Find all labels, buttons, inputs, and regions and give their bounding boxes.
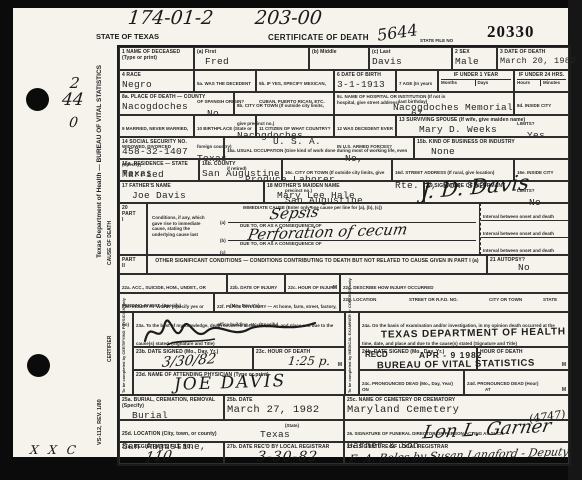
field-race-value: Negro <box>122 79 191 90</box>
field-22g: 22g. LOCATION STREET OR R.F.D. NO. CITY … <box>340 293 569 312</box>
field-father-label: 17 FATHER'S NAME <box>122 183 261 189</box>
cause-of-death-area: IMMEDIATE CAUSE (Enter only one cause pe… <box>147 203 480 255</box>
field-mother-label: 18 MOTHER'S MAIDEN NAME <box>267 183 421 189</box>
field-industry: 15b. KIND OF BUSINESS OR INDUSTRY None <box>414 137 569 159</box>
field-autopsy: 21 AUTOPSY? No <box>487 255 569 274</box>
field-last-value: Davis <box>372 56 449 67</box>
field-23b: 23b. DATE SIGNED (Mo., Day, Yr.) 3/30/82 <box>133 347 253 370</box>
field-24c-label: 24c. PRONOUNCED DEAD (Mo., Day, Year) <box>362 381 453 386</box>
field-25d: 25d. LOCATION (City, town, or county) (S… <box>119 420 344 442</box>
field-armed-forces: 12 WAS DECEDENT EVER IN U.S. ARMED FORCE… <box>334 115 396 137</box>
field-race-label: 4 RACE <box>122 72 191 78</box>
field-23c: 23c. HOUR OF DEATH 1:25 p. M <box>253 347 345 370</box>
part2-roman: II <box>122 263 144 269</box>
part1-roman: I <box>122 217 144 223</box>
field-dod-label: 3 DATE OF DEATH <box>500 49 566 55</box>
field-27a-value: 110 <box>144 448 174 466</box>
cause-of-death-vertical-label: CAUSE OF DEATH <box>107 203 113 265</box>
field-last-label: (c) Last <box>372 49 449 55</box>
field-25c-label: 25c. NAME OF CEMETERY OR CREMATORY <box>347 397 566 403</box>
field-middle-label: (b) Middle <box>312 49 366 55</box>
line-a-marker: (a) <box>220 220 226 225</box>
certificate-form: 1 NAME OF DECEASED (Type or print) (a) F… <box>117 45 571 466</box>
field-22d-label: 22d. DESCRIBE HOW INJURY OCCURRED <box>343 285 434 290</box>
part-two-column: PART II <box>119 255 147 274</box>
field-25d-label: 25d. LOCATION (City, town, or county) <box>122 431 217 437</box>
interval-label-a: Interval between onset and death <box>483 214 554 219</box>
hour-of-death-label: HOUR OF DEATH <box>480 349 566 355</box>
interval-label-c: Interval between onset and death <box>483 248 554 253</box>
field-hospital: 8c. NAME OF HOSPITAL OR INSTITUTION (If … <box>334 92 514 115</box>
certifying-physician-strip: To be completed by CERTIFYING PHYSICIAN … <box>119 312 133 395</box>
hole-punch-top <box>26 88 49 111</box>
field-middle-name: (b) Middle <box>309 47 369 70</box>
other-conditions: OTHER SIGNIFICANT CONDITIONS — CONDITION… <box>147 255 487 274</box>
field-res-county-value: San Augustine <box>202 168 279 179</box>
field-inside-city-limits: 8d. INSIDE CITY LIMITS? Yes <box>514 92 569 115</box>
field-marital-status: 9 MARRIED, NEVER MARRIED, WIDOWED, DIVOR… <box>119 115 194 137</box>
field-father-value: Joe Davis <box>132 190 261 201</box>
field-first-label: (a) First <box>197 49 306 55</box>
field-citizen-label: 11 CITIZEN OF WHAT COUNTRY? <box>259 126 331 131</box>
field-spanish-specify: 5b. IF YES, SPECIFY MEXICAN, CUBAN, PUER… <box>256 70 334 92</box>
field-mother-value: Mary Lee Hale <box>277 190 421 201</box>
field-24c: 24c. PRONOUNCED DEAD (Mo., Day, Year) ON <box>359 370 464 395</box>
field-father: 17 FATHER'S NAME Joe Davis <box>119 181 264 203</box>
field-spanish-origin: 5a. WAS THE DECEDENT OF SPANISH ORIGIN? … <box>194 70 256 92</box>
field-24d-label: 24d. PRONOUNCED DEAD (Hour) <box>467 381 539 386</box>
field-citizen: 11 CITIZEN OF WHAT COUNTRY? U. S. A. <box>256 115 334 137</box>
field-24c-on-label: ON <box>362 387 369 393</box>
field-age: 7 AGE (In years last birthday) 67 <box>396 70 438 92</box>
field-ssn: 14 SOCIAL SECURITY NO. 458-32-1407 <box>119 137 224 159</box>
field-name: 1 NAME OF DECEASED (Type or print) <box>119 47 194 70</box>
field-first-name: (a) First Fred <box>194 47 309 70</box>
field-27b: 27b. DATE REC'D BY LOCAL REGISTRAR 3-30-… <box>224 442 344 464</box>
field-22g-state-label: STATE <box>543 297 557 303</box>
interval-label-b: Interval between onset and death <box>483 231 554 236</box>
field-dob-value: 3-1-1913 <box>337 79 393 90</box>
field-23d-value: JOE DAVIS <box>174 371 287 395</box>
field-date-of-death: 3 DATE OF DEATH March 20, 1982 <box>497 47 569 70</box>
field-23d: 23d. NAME OF ATTENDING PHYSICIAN (Type o… <box>133 370 345 395</box>
field-25d-state-label: (State) <box>285 423 299 429</box>
field-ssn-value: 458-32-1407 <box>122 146 221 157</box>
field-residence-county: 16b. COUNTY San Augustine <box>199 159 282 181</box>
other-conditions-label: OTHER SIGNIFICANT CONDITIONS — CONDITION… <box>150 258 484 264</box>
field-autopsy-value: No <box>518 262 566 273</box>
field-under24-label: IF UNDER 24 HRS. <box>517 72 566 78</box>
field-ssn-label: 14 SOCIAL SECURITY NO. <box>122 139 221 145</box>
handwritten-code-right: 203-00 <box>254 7 323 29</box>
field-22g-city-label: CITY OR TOWN <box>489 297 522 303</box>
field-surviving-spouse: 13 SURVIVING SPOUSE (If wife, give maide… <box>396 115 569 137</box>
field-death-city: 8b. CITY OR TOWN (If outside city limits… <box>234 92 334 115</box>
field-name-label: 1 NAME OF DECEASED (Type or print) <box>122 49 191 61</box>
field-25b-label: 25b. DATE <box>227 397 341 403</box>
field-27b-value: 3-30-82 <box>256 449 319 465</box>
field-birthplace: 10 BIRTHPLACE (State or foreign country)… <box>194 115 256 137</box>
field-res-state-label: 16a. RESIDENCE — STATE <box>122 161 196 167</box>
field-mother: 18 MOTHER'S MAIDEN NAME Mary Lee Hale <box>264 181 424 203</box>
field-22a: 22a. ACC., SUICIDE, HOM., UNDET., OR PEN… <box>119 274 227 293</box>
field-res-county-label: 16b. COUNTY <box>202 161 279 167</box>
field-27c: 27c. SIGNATURE OF LOCAL REGISTRAR E. A. … <box>344 442 569 464</box>
field-under1-label: IF UNDER 1 YEAR <box>441 72 511 78</box>
field-residence-state: 16a. RESIDENCE — STATE Texas <box>119 159 199 181</box>
field-spouse-label: 13 SURVIVING SPOUSE (If wife, give maide… <box>399 117 566 123</box>
recd-stamp: RECD <box>365 350 388 359</box>
field-25a: 25a. BURIAL, CREMATION, REMOVAL (Specify… <box>119 395 224 420</box>
field-22b: 22b. DATE OF INJURY (Mo., Day, Yr.) <box>227 274 285 293</box>
field-months-label: Months <box>441 80 476 86</box>
field-25d-state-value: Texas <box>260 429 290 440</box>
state-heading: STATE OF TEXAS <box>96 32 159 41</box>
field-27a: 27a. REGISTRAR'S FILE NO. 110 <box>119 442 224 464</box>
part-one-column: 20 PART I <box>119 203 147 255</box>
field-date-of-birth: 6 DATE OF BIRTH 3-1-1913 <box>334 70 396 92</box>
scan-edge-left <box>0 0 13 480</box>
field-race: 4 RACE Negro <box>119 70 194 92</box>
handwritten-code-left: 174-01-2 <box>127 7 215 29</box>
field-24d-at-label: AT <box>485 387 491 393</box>
certifier-vertical-label: CERTIFIER <box>107 320 113 362</box>
agency-vertical-text: Texas Department of Health — BUREAU OF V… <box>96 46 103 258</box>
field-hospital-value: Nacogdoches Memorial <box>393 102 513 113</box>
field-dod-value: March 20, 1982 <box>500 56 566 66</box>
field-res-state-value: Texas <box>122 168 196 179</box>
field-25a-label: 25a. BURIAL, CREMATION, REMOVAL (Specify… <box>122 397 221 409</box>
field-24d-m-marker: M <box>562 387 566 393</box>
field-26: 26. SIGNATURE OF FUNERAL DIRECTOR OR PER… <box>344 420 569 442</box>
field-if-under-24-hrs: IF UNDER 24 HRS. Hours Minutes <box>514 70 569 92</box>
field-death-county: 8a. PLACE OF DEATH — COUNTY Nacogdoches <box>119 92 234 115</box>
field-county-value: Nacogdoches <box>122 101 231 112</box>
field-22c: 22c. HOUR OF INJURY M <box>285 274 340 293</box>
medical-examiner-strip: To be completed by MEDICAL EXAMINER or C… <box>345 312 359 395</box>
field-occupation: 15a. USUAL OCCUPATION (Give kind of work… <box>224 137 414 159</box>
field-25b: 25b. DATE March 27, 1982 <box>224 395 344 420</box>
margin-handwritten-44: 44 <box>61 90 85 110</box>
field-24b-m-marker: M <box>562 362 566 368</box>
field-industry-label: 15b. KIND OF BUSINESS OR INDUSTRY <box>417 139 566 145</box>
field-23c-value: 1:25 p. <box>287 354 331 368</box>
scanned-death-certificate: 2 44 0 X X C Texas Department of Health … <box>0 0 582 480</box>
cause-a-handwritten: Sepsis <box>268 203 320 224</box>
field-sex: 2 SEX Male <box>452 47 497 70</box>
form-version-vertical: VS-112, REV. 1/80 <box>97 383 103 445</box>
certificate-number: 20330 <box>487 22 535 42</box>
field-22g-street-label: STREET OR R.F.D. NO. <box>409 297 458 303</box>
hole-punch-bottom <box>27 354 50 377</box>
field-residence-city: 16c. CITY OR TOWN (If outside city limit… <box>282 159 392 181</box>
field-county-label: 8a. PLACE OF DEATH — COUNTY <box>122 94 231 100</box>
conditions-note: Conditions, if any, which gave rise to i… <box>152 215 212 238</box>
field-22c-label: 22c. HOUR OF INJURY <box>288 285 336 290</box>
field-23c-m-marker: M <box>338 362 342 368</box>
field-dob-label: 6 DATE OF BIRTH <box>337 72 393 78</box>
margin-handwritten-xxc: X X C <box>29 443 79 457</box>
field-23b-value: 3/30/82 <box>161 351 217 371</box>
field-last-name: (c) Last Davis <box>369 47 452 70</box>
state-file-no-label: STATE FILE NO <box>420 38 453 43</box>
field-sex-label: 2 SEX <box>455 49 494 55</box>
line-b-marker: (b) <box>220 238 226 243</box>
field-sex-value: Male <box>455 56 494 67</box>
field-days-label: Days <box>476 80 512 86</box>
margin-handwritten-0: 0 <box>68 115 79 131</box>
field-spouse-value: Mary D. Weeks <box>419 124 566 135</box>
interval-column: Interval between onset and death Interva… <box>480 203 569 255</box>
field-first-value: Fred <box>205 56 306 67</box>
field-22d: 22d. DESCRIBE HOW INJURY OCCURRED <box>340 274 569 293</box>
field-industry-value: None <box>431 146 566 157</box>
field-22c-m-marker: M <box>333 285 337 291</box>
field-if-under-1-year: IF UNDER 1 YEAR Months Days <box>438 70 514 92</box>
field-minutes-label: Minutes <box>541 80 566 86</box>
field-hours-label: Hours <box>517 80 541 86</box>
certificate-title: CERTIFICATE OF DEATH <box>268 33 369 42</box>
field-25b-value: March 27, 1982 <box>227 404 341 416</box>
field-24d: 24d. PRONOUNCED DEAD (Hour) AT M <box>464 370 569 395</box>
